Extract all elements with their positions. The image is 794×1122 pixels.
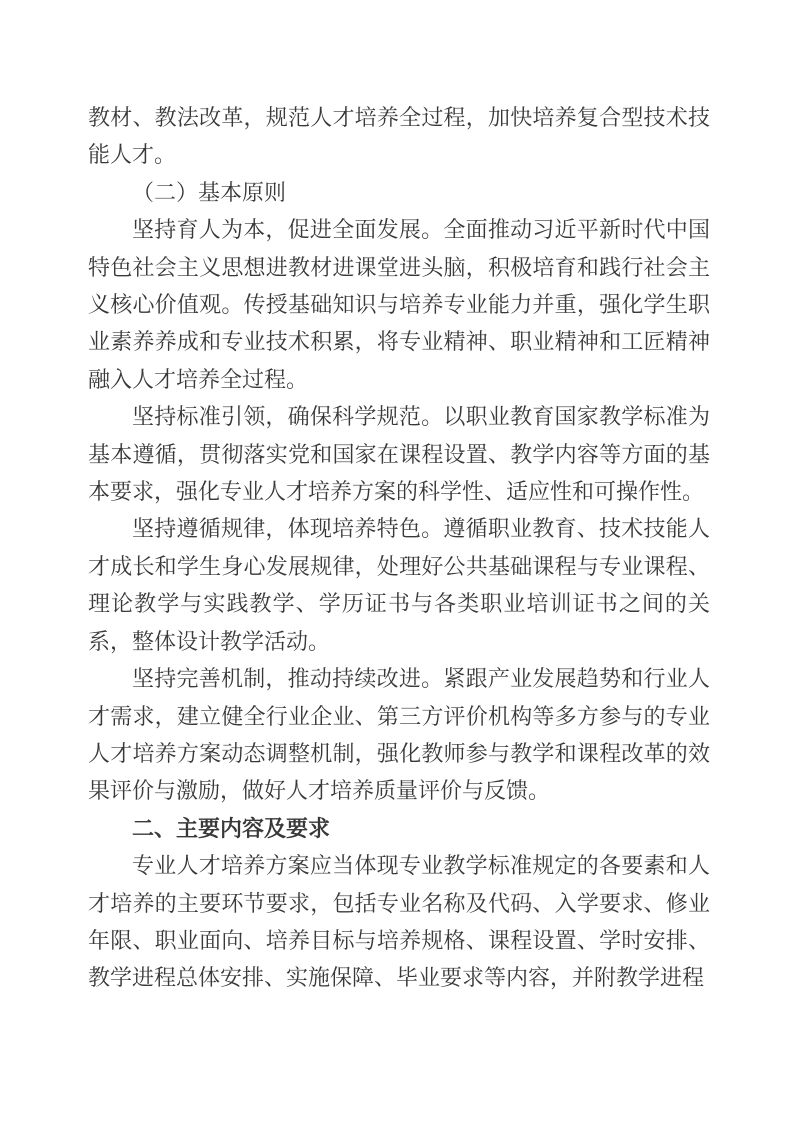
body-paragraph: 坚持育人为本，促进全面发展。全面推动习近平新时代中国特色社会主义思想进教材进课堂… <box>88 211 710 398</box>
section-heading: 二、主要内容及要求 <box>88 810 710 847</box>
subsection-heading: （二）基本原则 <box>88 174 710 211</box>
body-paragraph: 坚持遵循规律，体现培养特色。遵循职业教育、技术技能人才成长和学生身心发展规律，处… <box>88 510 710 660</box>
document-body: 教材、教法改革，规范人才培养全过程，加快培养复合型技术技能人才。（二）基本原则坚… <box>88 99 710 997</box>
body-paragraph: 坚持标准引领，确保科学规范。以职业教育国家教学标准为基本遵循，贯彻落实党和国家在… <box>88 398 710 510</box>
document-page: 教材、教法改革，规范人才培养全过程，加快培养复合型技术技能人才。（二）基本原则坚… <box>0 0 794 1122</box>
body-paragraph: 专业人才培养方案应当体现专业教学标准规定的各要素和人才培养的主要环节要求，包括专… <box>88 847 710 997</box>
body-paragraph: 教材、教法改革，规范人才培养全过程，加快培养复合型技术技能人才。 <box>88 99 710 174</box>
body-paragraph: 坚持完善机制，推动持续改进。紧跟产业发展趋势和行业人才需求，建立健全行业企业、第… <box>88 660 710 810</box>
